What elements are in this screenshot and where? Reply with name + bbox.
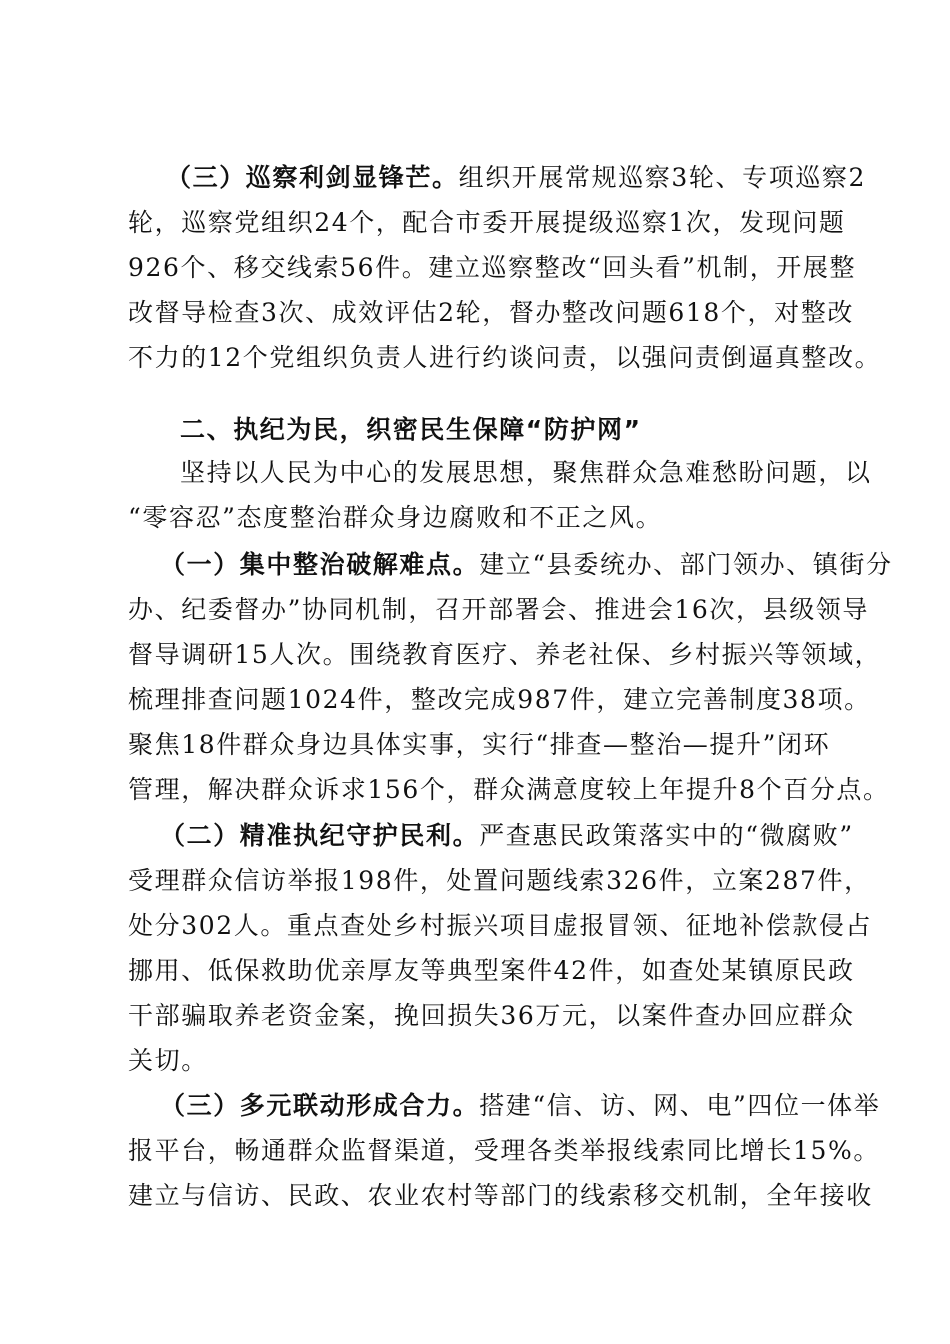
paragraph-line: 处分302人。重点查处乡村振兴项目虚报冒领、征地补偿款侵占 <box>128 911 828 941</box>
subsection-lead: （三）多元联动形成合力。 <box>160 1091 479 1120</box>
paragraph-line: （一）集中整治破解难点。建立“县委统办、部门领办、镇街分 <box>160 550 826 580</box>
document-page: （三）巡察利剑显锋芒。组织开展常规巡察3轮、专项巡察2 轮，巡察党组织24个，配… <box>0 0 950 1344</box>
paragraph-line: 建立与信访、民政、农业农村等部门的线索移交机制，全年接收 <box>128 1181 828 1211</box>
paragraph-line: 受理群众信访举报198件，处置问题线索326件，立案287件， <box>128 866 828 896</box>
paragraph-line: （三）多元联动形成合力。搭建“信、访、网、电”四位一体举 <box>160 1091 826 1121</box>
paragraph-line: 改督导检查3次、成效评估2轮，督办整改问题618个，对整改 <box>128 298 828 328</box>
paragraph-line: 挪用、低保救助优亲厚友等典型案件42件，如查处某镇原民政 <box>128 956 828 986</box>
paragraph-line: 督导调研15人次。围绕教育医疗、养老社保、乡村振兴等领域， <box>128 640 828 670</box>
paragraph-line: 聚焦18件群众身边具体实事，实行“排查—整治—提升”闭环 <box>128 730 828 760</box>
paragraph-line: 管理，解决群众诉求156个，群众满意度较上年提升8个百分点。 <box>128 775 836 805</box>
subsection-lead: （二）精准执纪守护民利。 <box>160 821 479 850</box>
paragraph-line: （二）精准执纪守护民利。严查惠民政策落实中的“微腐败” <box>160 821 826 851</box>
paragraph-line: 926个、移交线索56件。建立巡察整改“回头看”机制，开展整 <box>128 253 828 283</box>
section-heading: 二、执纪为民，织密民生保障“防护网” <box>180 415 660 445</box>
subsection-lead: （一）集中整治破解难点。 <box>160 550 479 579</box>
paragraph-line: “零容忍”态度整治群众身边腐败和不正之风。 <box>128 503 828 533</box>
paragraph-line: 干部骗取养老资金案，挽回损失36万元，以案件查办回应群众 <box>128 1001 828 1031</box>
paragraph-line: 坚持以人民为中心的发展思想，聚焦群众急难愁盼问题，以 <box>180 458 826 488</box>
subsection-lead: （三）巡察利剑显锋芒。 <box>166 163 459 192</box>
paragraph-line: 轮，巡察党组织24个，配合市委开展提级巡察1次，发现问题 <box>128 208 828 238</box>
paragraph-line: 关切。 <box>128 1046 828 1076</box>
paragraph-line: 不力的12个党组织负责人进行约谈问责，以强问责倒逼真整改。 <box>128 343 836 373</box>
paragraph-line: （三）巡察利剑显锋芒。组织开展常规巡察3轮、专项巡察2 <box>166 163 826 193</box>
paragraph-line: 办、纪委督办”协同机制，召开部署会、推进会16次，县级领导 <box>128 595 828 625</box>
paragraph-line: 梳理排查问题1024件，整改完成987件，建立完善制度38项。 <box>128 685 828 715</box>
paragraph-line: 报平台，畅通群众监督渠道，受理各类举报线索同比增长15%。 <box>128 1136 828 1166</box>
